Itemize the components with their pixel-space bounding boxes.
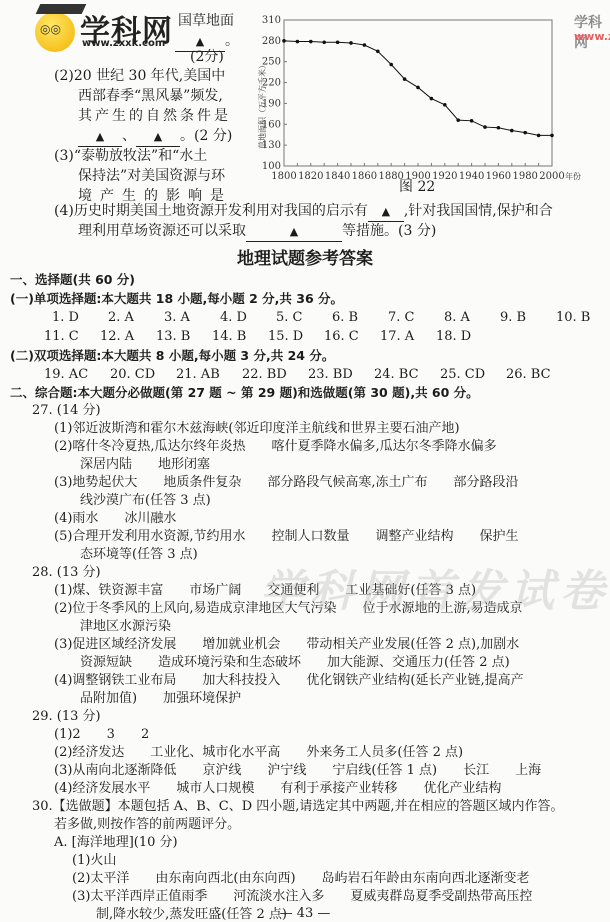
choice-answer: 25. CD xyxy=(440,365,506,384)
svg-text:1940: 1940 xyxy=(459,171,484,182)
answer-blank: ▲ xyxy=(368,202,404,222)
svg-text:1920: 1920 xyxy=(432,171,457,182)
q3-line2: 保持法”对美国资源与环 xyxy=(78,167,225,186)
q29-heading: 29. (13 分) xyxy=(32,707,101,726)
q4-line2: 理利用草场资源还可以采取▲等措施。(3 分) xyxy=(78,222,436,242)
svg-text:160: 160 xyxy=(262,119,281,130)
svg-text:年份: 年份 xyxy=(565,171,581,181)
q28-item3: (3)促进区域经济发展 增加就业机会 带动相关产业发展(任答 2 点),加剧水 xyxy=(54,635,519,654)
svg-text:250: 250 xyxy=(262,57,281,68)
choice-answer: 23. BD xyxy=(308,365,374,384)
q27-heading: 27. (14 分) xyxy=(32,401,101,420)
choice-answer: 12. A xyxy=(100,327,156,346)
q2-line3: 其产生的自然条件是 xyxy=(78,107,231,126)
svg-text:1820: 1820 xyxy=(298,171,323,182)
svg-text:1960: 1960 xyxy=(486,171,511,182)
choice-answer: 13. B xyxy=(156,327,212,346)
svg-text:1860: 1860 xyxy=(352,171,377,182)
q29-item1: (1)2 3 2 xyxy=(54,725,149,744)
q4-text-b: ,针对我国国情,保护和合 xyxy=(404,203,553,219)
choice-answer: 6. B xyxy=(332,308,388,327)
separator: 、 xyxy=(122,128,136,144)
page-number: — 43 — xyxy=(0,904,610,922)
choice-answer: 8. A xyxy=(444,308,500,327)
q28-item3-cont: 资源短缺 造成环境污染和生态破坏 加大能源、交通压力(任答 2 点) xyxy=(80,653,510,672)
choice-answer: 24. BC xyxy=(374,365,440,384)
double-choice-row: 19. AC20. CD21. AB22. BD23. BD24. BC25. … xyxy=(44,365,572,384)
q4-line1: (4)历史时期美国土地资源开发利用对我国的启示有▲,针对我国国情,保护和合 xyxy=(54,202,553,222)
q1-line1: 国草地面 xyxy=(178,12,234,31)
answer-blank: ▲ xyxy=(246,222,342,242)
q27-item2: (2)喀什冬冷夏热,瓜达尔终年炎热 喀什夏季降水偏多,瓜达尔冬季降水偏多 xyxy=(54,437,497,456)
choice-answer: 26. BC xyxy=(506,365,572,384)
line-chart: 草地面积（万平方千米） 310280250220190160130100 180… xyxy=(255,5,595,195)
figure-caption: 图 22 xyxy=(399,178,435,197)
q30a-item2: (2)太平洋 由东南向西北(由东向西) 岛屿岩石年龄由东南向西北逐渐变老 xyxy=(72,869,530,888)
choice-answer: 11. C xyxy=(44,327,100,346)
q4-text-d: 等措施。(3 分) xyxy=(342,223,436,239)
choice-answer: 17. A xyxy=(380,327,436,346)
q3-line1: (3)“泰勒放牧法”和“水土 xyxy=(54,147,207,166)
choice-answer: 19. AC xyxy=(44,365,110,384)
svg-text:310: 310 xyxy=(262,15,281,26)
q4-text-c: 理利用草场资源还可以采取 xyxy=(78,223,246,239)
answer-blank: ▲ xyxy=(78,127,122,147)
svg-text:1980: 1980 xyxy=(512,171,537,182)
q29-item3: (3)从南向北逐渐降低 京沪线 沪宁线 宁启线(任答 1 点) 长江 上海 xyxy=(54,761,541,780)
choice-answer: 1. D xyxy=(52,308,108,327)
q28-item2-cont: 津地区水源污染 xyxy=(80,617,171,636)
section-2-heading: 二、综合题:本大题分必做题(第 27 题 ~ 第 29 题)和选做题(第 30 … xyxy=(10,383,479,402)
q27-item1: (1)邻近波斯湾和霍尔木兹海峡(邻近印度洋主航线和世界主要石油产地) xyxy=(54,419,460,438)
svg-text:2000: 2000 xyxy=(539,171,564,182)
q29-item4: (4)经济发展水平 城市人口规模 有利于承接产业转移 优化产业结构 xyxy=(54,779,501,798)
svg-text:220: 220 xyxy=(262,78,281,89)
q2-score: 。(2 分) xyxy=(180,128,232,144)
svg-text:1840: 1840 xyxy=(325,171,350,182)
q27-item2-cont: 深居内陆 地形闭塞 xyxy=(80,455,210,474)
q27-item3-cont: 线沙漠广布(任答 3 点) xyxy=(80,491,211,510)
svg-text:1800: 1800 xyxy=(271,171,296,182)
choice-answer: 2. A xyxy=(108,308,164,327)
q28-item4: (4)调整钢铁工业布局 加大科技投入 优化钢铁产业结构(延长产业链,提高产 xyxy=(54,671,524,690)
q2-line1: (2)20 世纪 30 年代,美国中 xyxy=(54,67,225,86)
section-1-heading: 一、选择题(共 60 分) xyxy=(10,270,135,289)
q29-item2: (2)经济发达 工业化、城市化水平高 外来务工人员多(任答 2 点) xyxy=(54,743,463,762)
single-choice-row1: 1. D2. A3. A4. D5. C6. B7. C8. A9. B10. … xyxy=(52,308,610,327)
q4-text-a: (4)历史时期美国土地资源开发利用对我国的启示有 xyxy=(54,203,368,219)
choice-answer: 14. B xyxy=(212,327,268,346)
q30-heading: 30.【选做题】本题包括 A、B、C、D 四小题,请选定其中两题,并在相应的答题… xyxy=(32,797,564,816)
answer-blank: ▲ xyxy=(136,127,180,147)
q2-blanks: ▲、▲。(2 分) xyxy=(78,127,232,147)
q1-score: (2分) xyxy=(190,48,224,67)
choice-answer: 9. B xyxy=(500,308,556,327)
q30a-heading: A. [海洋地理](10 分) xyxy=(54,833,178,852)
q27-item5-cont: 态环境等(任答 3 点) xyxy=(80,545,198,564)
choice-answer: 10. B xyxy=(556,308,610,327)
q30a-item1: (1)火山 xyxy=(72,851,116,870)
q2-line2: 西部春季“黑风暴”频发, xyxy=(78,87,223,106)
choice-answer: 5. C xyxy=(276,308,332,327)
q30-heading-cont: 若多做,则按作答的前两题评分。 xyxy=(54,815,240,834)
grassland-chart: 草地面积（万平方千米） 310280250220190160130100 180… xyxy=(255,5,595,195)
glasses-icon: ◎◎ xyxy=(40,22,61,36)
choice-answer: 4. D xyxy=(220,308,276,327)
choice-answer: 16. C xyxy=(324,327,380,346)
watermark-center: 学科网首发试卷 xyxy=(260,555,610,619)
svg-text:190: 190 xyxy=(262,98,281,109)
section-1b-heading: (二)双项选择题:本大题共 8 小题,每小题 3 分,共 24 分。 xyxy=(10,346,334,365)
section-1a-heading: (一)单项选择题:本大题共 18 小题,每小题 2 分,共 36 分。 xyxy=(10,289,343,308)
choice-answer: 3. A xyxy=(164,308,220,327)
choice-answer: 20. CD xyxy=(110,365,176,384)
q28-heading: 28. (13 分) xyxy=(32,563,101,582)
q27-item4: (4)雨水 冰川融水 xyxy=(54,509,176,528)
choice-answer: 21. AB xyxy=(176,365,242,384)
logo-url: www.zxxk.com xyxy=(82,38,165,49)
single-choice-row2: 11. C12. A13. B14. B15. D16. C17. A18. D xyxy=(44,327,492,346)
choice-answer: 18. D xyxy=(436,327,492,346)
answers-title: 地理试题参考答案 xyxy=(0,244,610,269)
choice-answer: 22. BD xyxy=(242,365,308,384)
svg-text:280: 280 xyxy=(262,36,281,47)
q28-item4-cont: 品附加值) 加强环境保护 xyxy=(80,689,241,708)
graduation-cap-icon xyxy=(36,4,87,14)
choice-answer: 7. C xyxy=(388,308,444,327)
choice-answer: 15. D xyxy=(268,327,324,346)
q27-item5: (5)合理开发利用水资源,节约用水 控制人口数量 调整产业结构 保护生 xyxy=(54,527,519,546)
q27-item3: (3)地势起伏大 地质条件复杂 部分路段气候高寒,冻土广布 部分路段沿 xyxy=(54,473,519,492)
svg-text:130: 130 xyxy=(262,140,281,151)
